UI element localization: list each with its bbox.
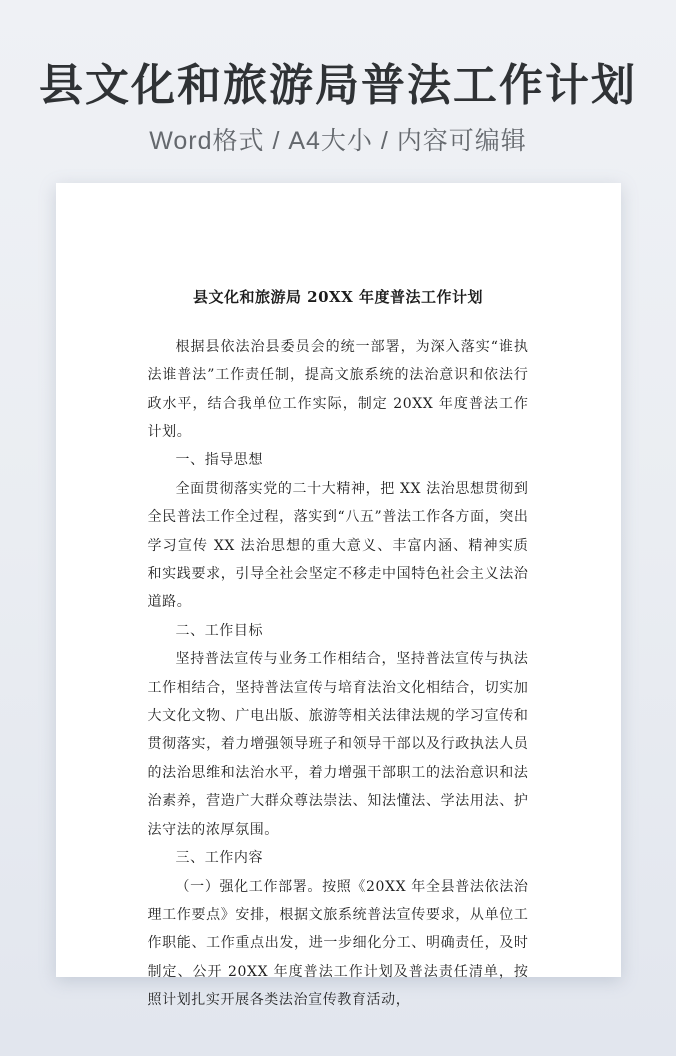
page-background: 县文化和旅游局普法工作计划 Word格式 / A4大小 / 内容可编辑 县文化和… [0, 0, 676, 1056]
document-paragraph-intro: 根据县依法治县委员会的统一部署，为深入落实“谁执法谁普法”工作责任制，提高文旅系… [148, 333, 529, 447]
document-paragraph-guiding-ideology: 全面贯彻落实党的二十大精神，把 XX 法治思想贯彻到全民普法工作全过程，落实到“… [148, 475, 529, 617]
document-preview-page: 县文化和旅游局 20XX 年度普法工作计划 根据县依法治县委员会的统一部署，为深… [56, 183, 621, 977]
document-paragraph-work-content: （一）强化工作部署。按照《20XX 年全县普法依法治理工作要点》安排，根据文旅系… [148, 873, 529, 1015]
document-heading-work-goals: 二、工作目标 [148, 617, 529, 645]
page-subtitle: Word格式 / A4大小 / 内容可编辑 [0, 126, 676, 156]
page-title: 县文化和旅游局普法工作计划 [0, 60, 676, 113]
hero-header: 县文化和旅游局普法工作计划 Word格式 / A4大小 / 内容可编辑 [0, 0, 676, 156]
document-heading-work-content: 三、工作内容 [148, 844, 529, 872]
document-heading-guiding-ideology: 一、指导思想 [148, 446, 529, 474]
document-title: 县文化和旅游局 20XX 年度普法工作计划 [148, 283, 529, 311]
document-paragraph-work-goals: 坚持普法宣传与业务工作相结合，坚持普法宣传与执法工作相结合，坚持普法宣传与培育法… [148, 645, 529, 844]
